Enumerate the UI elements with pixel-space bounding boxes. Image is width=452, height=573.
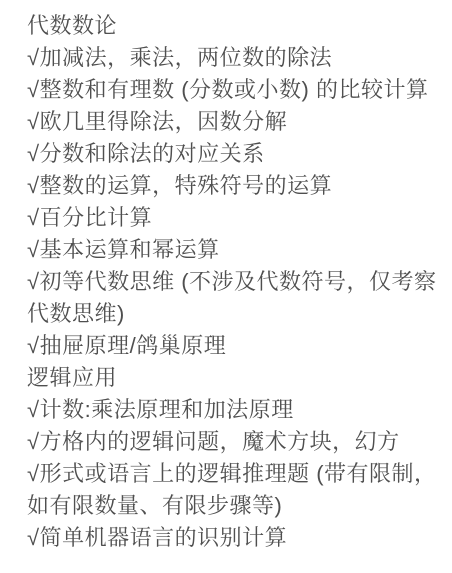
checklist-item-text: 形式或语言上的逻辑推理题 (带有限制，	[40, 461, 437, 486]
checklist-item: √欧几里得除法，因数分解	[27, 106, 452, 138]
checklist-item-continuation: 如有限数量、有限步骤等)	[27, 490, 452, 522]
checkmark-icon: √	[27, 45, 40, 70]
checklist-item-text: 百分比计算	[40, 205, 153, 230]
checklist-item-text: 简单机器语言的识别计算	[40, 525, 288, 550]
checklist-item-text: 抽屉原理/鸽巢原理	[40, 333, 227, 358]
checklist-item: √计数:乘法原理和加法原理	[27, 394, 452, 426]
checkmark-icon: √	[27, 109, 40, 134]
checklist-item: √整数的运算，特殊符号的运算	[27, 170, 452, 202]
checklist-item-text: 计数:乘法原理和加法原理	[40, 397, 294, 422]
checklist-item: √简单机器语言的识别计算	[27, 522, 452, 554]
checklist-item: √抽屉原理/鸽巢原理	[27, 330, 452, 362]
checklist-item: √初等代数思维 (不涉及代数符号，仅考察	[27, 266, 452, 298]
checkmark-icon: √	[27, 269, 40, 294]
checklist-item: √百分比计算	[27, 202, 452, 234]
checklist-item: √整数和有理数 (分数或小数) 的比较计算	[27, 74, 452, 106]
checklist-item-text: 加减法，乘法，两位数的除法	[40, 45, 333, 70]
checklist-item-text: 整数的运算，特殊符号的运算	[40, 173, 333, 198]
section-title-algebra-number-theory: 代数数论	[27, 10, 452, 42]
checklist-item-text: 初等代数思维 (不涉及代数符号，仅考察	[40, 269, 437, 294]
checklist-item-text: 如有限数量、有限步骤等)	[27, 493, 282, 518]
checklist-item-text: 分数和除法的对应关系	[40, 141, 265, 166]
checkmark-icon: √	[27, 525, 40, 550]
checkmark-icon: √	[27, 237, 40, 262]
section-title-text: 代数数论	[27, 13, 117, 38]
checklist-item-text: 方格内的逻辑问题，魔术方块，幻方	[40, 429, 400, 454]
checklist-item: √加减法，乘法，两位数的除法	[27, 42, 452, 74]
checklist-item: √方格内的逻辑问题，魔术方块，幻方	[27, 426, 452, 458]
topic-checklist-document: 代数数论 √加减法，乘法，两位数的除法 √整数和有理数 (分数或小数) 的比较计…	[0, 0, 452, 554]
section-title-logic-applications: 逻辑应用	[27, 362, 452, 394]
section-title-text: 逻辑应用	[27, 365, 117, 390]
checkmark-icon: √	[27, 333, 40, 358]
checklist-item: √形式或语言上的逻辑推理题 (带有限制，	[27, 458, 452, 490]
checkmark-icon: √	[27, 173, 40, 198]
checklist-item-text: 代数思维)	[27, 301, 125, 326]
checklist-item-text: 基本运算和幂运算	[40, 237, 220, 262]
checkmark-icon: √	[27, 77, 40, 102]
checklist-item-text: 欧几里得除法，因数分解	[40, 109, 288, 134]
checkmark-icon: √	[27, 397, 40, 422]
checkmark-icon: √	[27, 429, 40, 454]
checkmark-icon: √	[27, 461, 40, 486]
checklist-item-continuation: 代数思维)	[27, 298, 452, 330]
checklist-item-text: 整数和有理数 (分数或小数) 的比较计算	[40, 77, 429, 102]
checkmark-icon: √	[27, 205, 40, 230]
checklist-item: √分数和除法的对应关系	[27, 138, 452, 170]
checklist-item: √基本运算和幂运算	[27, 234, 452, 266]
checkmark-icon: √	[27, 141, 40, 166]
